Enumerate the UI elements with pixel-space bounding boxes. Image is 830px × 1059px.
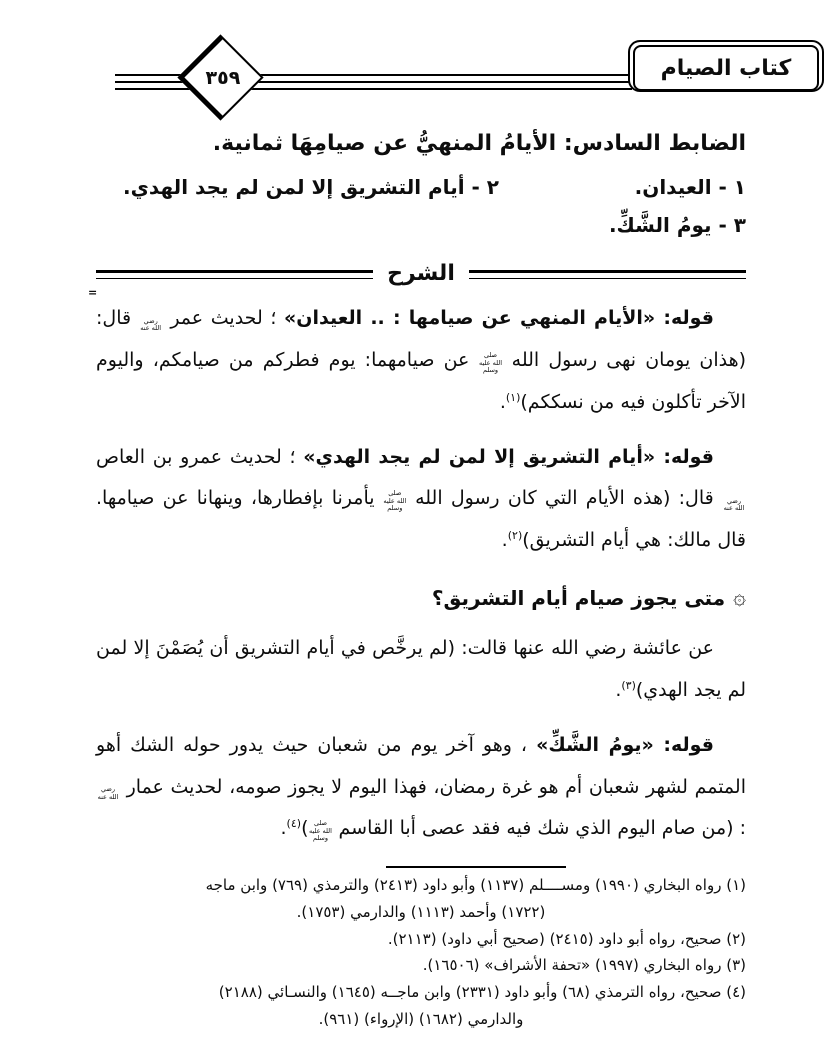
page-number-diamond: ٣٥٩ xyxy=(177,34,263,120)
footnote-separator xyxy=(386,866,566,868)
footnote-line: (٣) رواه البخاري (١٩٩٧) «تحفة الأشراف» (… xyxy=(96,952,746,979)
footnotes-section: (١) رواه البخاري (١٩٩٠) ومســــلم (١١٣٧)… xyxy=(96,872,746,1032)
quoted-text-bold: قوله: «الأيام المنهي عن صيامها : .. العي… xyxy=(284,307,714,329)
question-heading-text: متى يجوز صيام أيام التشريق؟ xyxy=(432,582,725,614)
page-header: ٣٥٩ كتاب الصيام xyxy=(0,40,830,118)
section-heading: الضابط السادس: الأيامُ المنهيُّ عن صيامِ… xyxy=(96,126,746,161)
book-title-box: كتاب الصيام xyxy=(628,40,824,92)
footnote-line: (١٧٢٢) وأحمد (١١١٣) والدارمي (١٧٥٣). xyxy=(96,899,746,926)
quoted-text-bold: قوله: «أيام التشريق إلا لمن لم يجد الهدي… xyxy=(303,446,714,468)
book-page: ٣٥٩ كتاب الصيام الضابط السادس: الأيامُ ا… xyxy=(0,0,830,1059)
footnote-ref: (٤) xyxy=(287,817,302,830)
footnote-ref: (٢) xyxy=(508,529,523,542)
body-text: عن عائشة رضي الله عنها قالت: (لم يرخَّص … xyxy=(96,637,746,701)
honorific-radi-allahu-anhu-stamp: رضي الله عنه xyxy=(139,318,163,333)
footnote: (٢) صحيح، رواه أبو داود (٢٤١٥) (صحيح أبي… xyxy=(96,926,746,953)
paragraph-yawm-shakk: قوله: «يومُ الشَّكِّ» ، وهو آخر يوم من ش… xyxy=(96,725,746,850)
scan-artifact: = xyxy=(88,286,97,299)
body-text: قال: (هذه الأيام التي كان رسول الله xyxy=(407,487,722,509)
paragraph-aisha: عن عائشة رضي الله عنها قالت: (لم يرخَّص … xyxy=(96,628,746,712)
star-marker-icon: ۞ xyxy=(733,580,746,615)
body-text: : (من صام اليوم الذي شك فيه فقد عصى أبا … xyxy=(332,817,746,839)
body-text: ) xyxy=(301,817,308,839)
list-item-3: ٣ - يومُ الشَّكِّ. xyxy=(96,207,746,243)
footnote-ref: (٣) xyxy=(621,679,636,692)
footnote-ref: (١) xyxy=(506,391,521,404)
sharh-divider: الشرح = xyxy=(96,263,746,285)
honorific-radi-allahu-anhu-stamp: رضي الله عنه xyxy=(96,786,120,801)
honorific-salla-allahu-alayhi-stamp: صلى الله عليه وسلم xyxy=(479,352,503,374)
paragraph-eidayn: قوله: «الأيام المنهي عن صيامها : .. العي… xyxy=(96,298,746,423)
page-content: الضابط السادس: الأيامُ المنهيُّ عن صيامِ… xyxy=(0,126,830,1032)
honorific-salla-allahu-alayhi-stamp: صلى الله عليه وسلم xyxy=(383,490,407,512)
list-item-1: ١ - العيدان. xyxy=(499,169,746,205)
paragraph-tashreeq: قوله: «أيام التشريق إلا لمن لم يجد الهدي… xyxy=(96,437,746,562)
footnote-line: والدارمي (١٦٨٢) (الإرواء) (٩٦١). xyxy=(96,1006,746,1033)
list-item-2: ٢ - أيام التشريق إلا لمن لم يجد الهدي. xyxy=(96,169,499,205)
quoted-text-bold: قوله: «يومُ الشَّكِّ» xyxy=(536,734,714,756)
footnote-line: (٤) صحيح، رواه الترمذي (٦٨) وأبو داود (٢… xyxy=(96,979,746,1006)
sharh-label: الشرح xyxy=(387,263,455,285)
divider-line-left xyxy=(96,270,373,279)
body-text: ؛ لحديث عمر xyxy=(163,307,284,329)
footnote-line: (٢) صحيح، رواه أبو داود (٢٤١٥) (صحيح أبي… xyxy=(96,926,746,953)
honorific-salla-allahu-alayhi-stamp: صلى الله عليه وسلم xyxy=(308,820,332,842)
footnote: (٤) صحيح، رواه الترمذي (٦٨) وأبو داود (٢… xyxy=(96,979,746,1032)
book-title: كتاب الصيام xyxy=(633,45,819,91)
footnote: (١) رواه البخاري (١٩٩٠) ومســــلم (١١٣٧)… xyxy=(96,872,746,925)
honorific-radi-allahu-anhu-stamp: رضي الله عنه xyxy=(722,498,746,513)
question-heading: ۞ متى يجوز صيام أيام التشريق؟ xyxy=(96,580,746,615)
footnote: (٣) رواه البخاري (١٩٩٧) «تحفة الأشراف» (… xyxy=(96,952,746,979)
footnote-line: (١) رواه البخاري (١٩٩٠) ومســــلم (١١٣٧)… xyxy=(96,872,746,899)
forbidden-days-list-row: ١ - العيدان. ٢ - أيام التشريق إلا لمن لم… xyxy=(96,169,746,205)
divider-line-right xyxy=(469,270,746,279)
body-text: ؛ لحديث عمرو بن العاص xyxy=(96,446,303,468)
page-number: ٣٥٩ xyxy=(205,67,240,89)
